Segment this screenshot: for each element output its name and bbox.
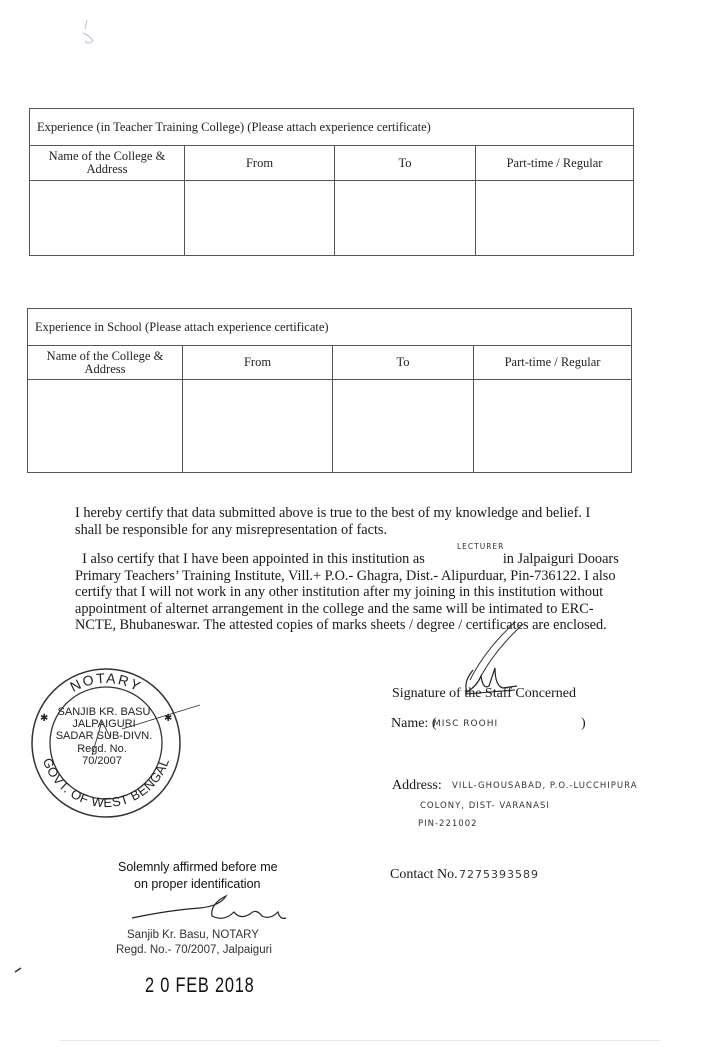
star-icon: ✱ — [40, 713, 48, 724]
seal-line: 70/2007 — [82, 755, 122, 767]
handwritten-post: LECTURER — [457, 542, 504, 551]
seal-line: Regd. No. — [77, 743, 127, 755]
column-header-to: To — [335, 146, 476, 181]
address-line-3: PIN-221002 — [418, 819, 478, 829]
scan-mark — [14, 966, 24, 974]
cell-to[interactable] — [333, 380, 474, 473]
column-header-to: To — [333, 346, 474, 380]
column-header-college: Name of the College & Address — [28, 346, 183, 380]
column-header-from: From — [183, 346, 333, 380]
contact-label: Contact No. — [390, 867, 458, 883]
table-title: Experience (in Teacher Training College)… — [30, 109, 634, 146]
notary-seal: NOTARY GOVT. OF WEST BENGAL ✱ ✱ SANJIB K… — [22, 663, 202, 823]
affirmation-line-1: Solemnly affirmed before me — [118, 860, 278, 874]
declaration-paragraph-1: I hereby certify that data submitted abo… — [75, 505, 620, 538]
scan-edge — [60, 1040, 660, 1041]
contact-value: 7275393589 — [459, 868, 539, 881]
cell-college[interactable] — [30, 181, 185, 256]
experience-teacher-training-table: Experience (in Teacher Training College)… — [29, 108, 634, 256]
table-row — [28, 380, 632, 473]
name-close-paren: ) — [581, 716, 586, 732]
address-line-1: VILL-GHOUSABAD, P.O.-LUCCHIPURA — [452, 781, 638, 791]
column-header-type: Part-time / Regular — [474, 346, 632, 380]
date-stamp: 2 0 FEB 2018 — [145, 974, 255, 998]
cell-college[interactable] — [28, 380, 183, 473]
address-label: Address: — [392, 778, 442, 794]
notary-signature — [130, 890, 290, 932]
cell-from[interactable] — [185, 181, 335, 256]
table-title: Experience in School (Please attach expe… — [28, 309, 632, 346]
address-line-2: COLONY, DIST- VARANASI — [420, 801, 550, 811]
declaration-text-before: I also certify that I have been appointe… — [82, 551, 425, 567]
name-value: MISC ROOHI — [433, 719, 498, 729]
cell-type[interactable] — [474, 380, 632, 473]
table-row — [30, 181, 634, 256]
cell-to[interactable] — [335, 181, 476, 256]
seal-line: SANJIB KR. BASU — [58, 706, 151, 718]
cell-from[interactable] — [183, 380, 333, 473]
name-label: Name: ( — [391, 716, 436, 732]
column-header-college: Name of the College & Address — [30, 146, 185, 181]
notary-name: Sanjib Kr. Basu, NOTARY — [127, 929, 259, 941]
cell-type[interactable] — [476, 181, 634, 256]
notary-registration: Regd. No.- 70/2007, Jalpaiguri — [116, 944, 272, 956]
affirmation-line-2: on proper identification — [134, 877, 260, 891]
column-header-type: Part-time / Regular — [476, 146, 634, 181]
column-header-from: From — [185, 146, 335, 181]
signature-label: Signature of the Staff Concerned — [392, 686, 576, 702]
scan-mark — [75, 15, 115, 55]
experience-school-table: Experience in School (Please attach expe… — [27, 308, 632, 473]
seal-line: SADAR SUB-DIVN. — [56, 730, 153, 742]
